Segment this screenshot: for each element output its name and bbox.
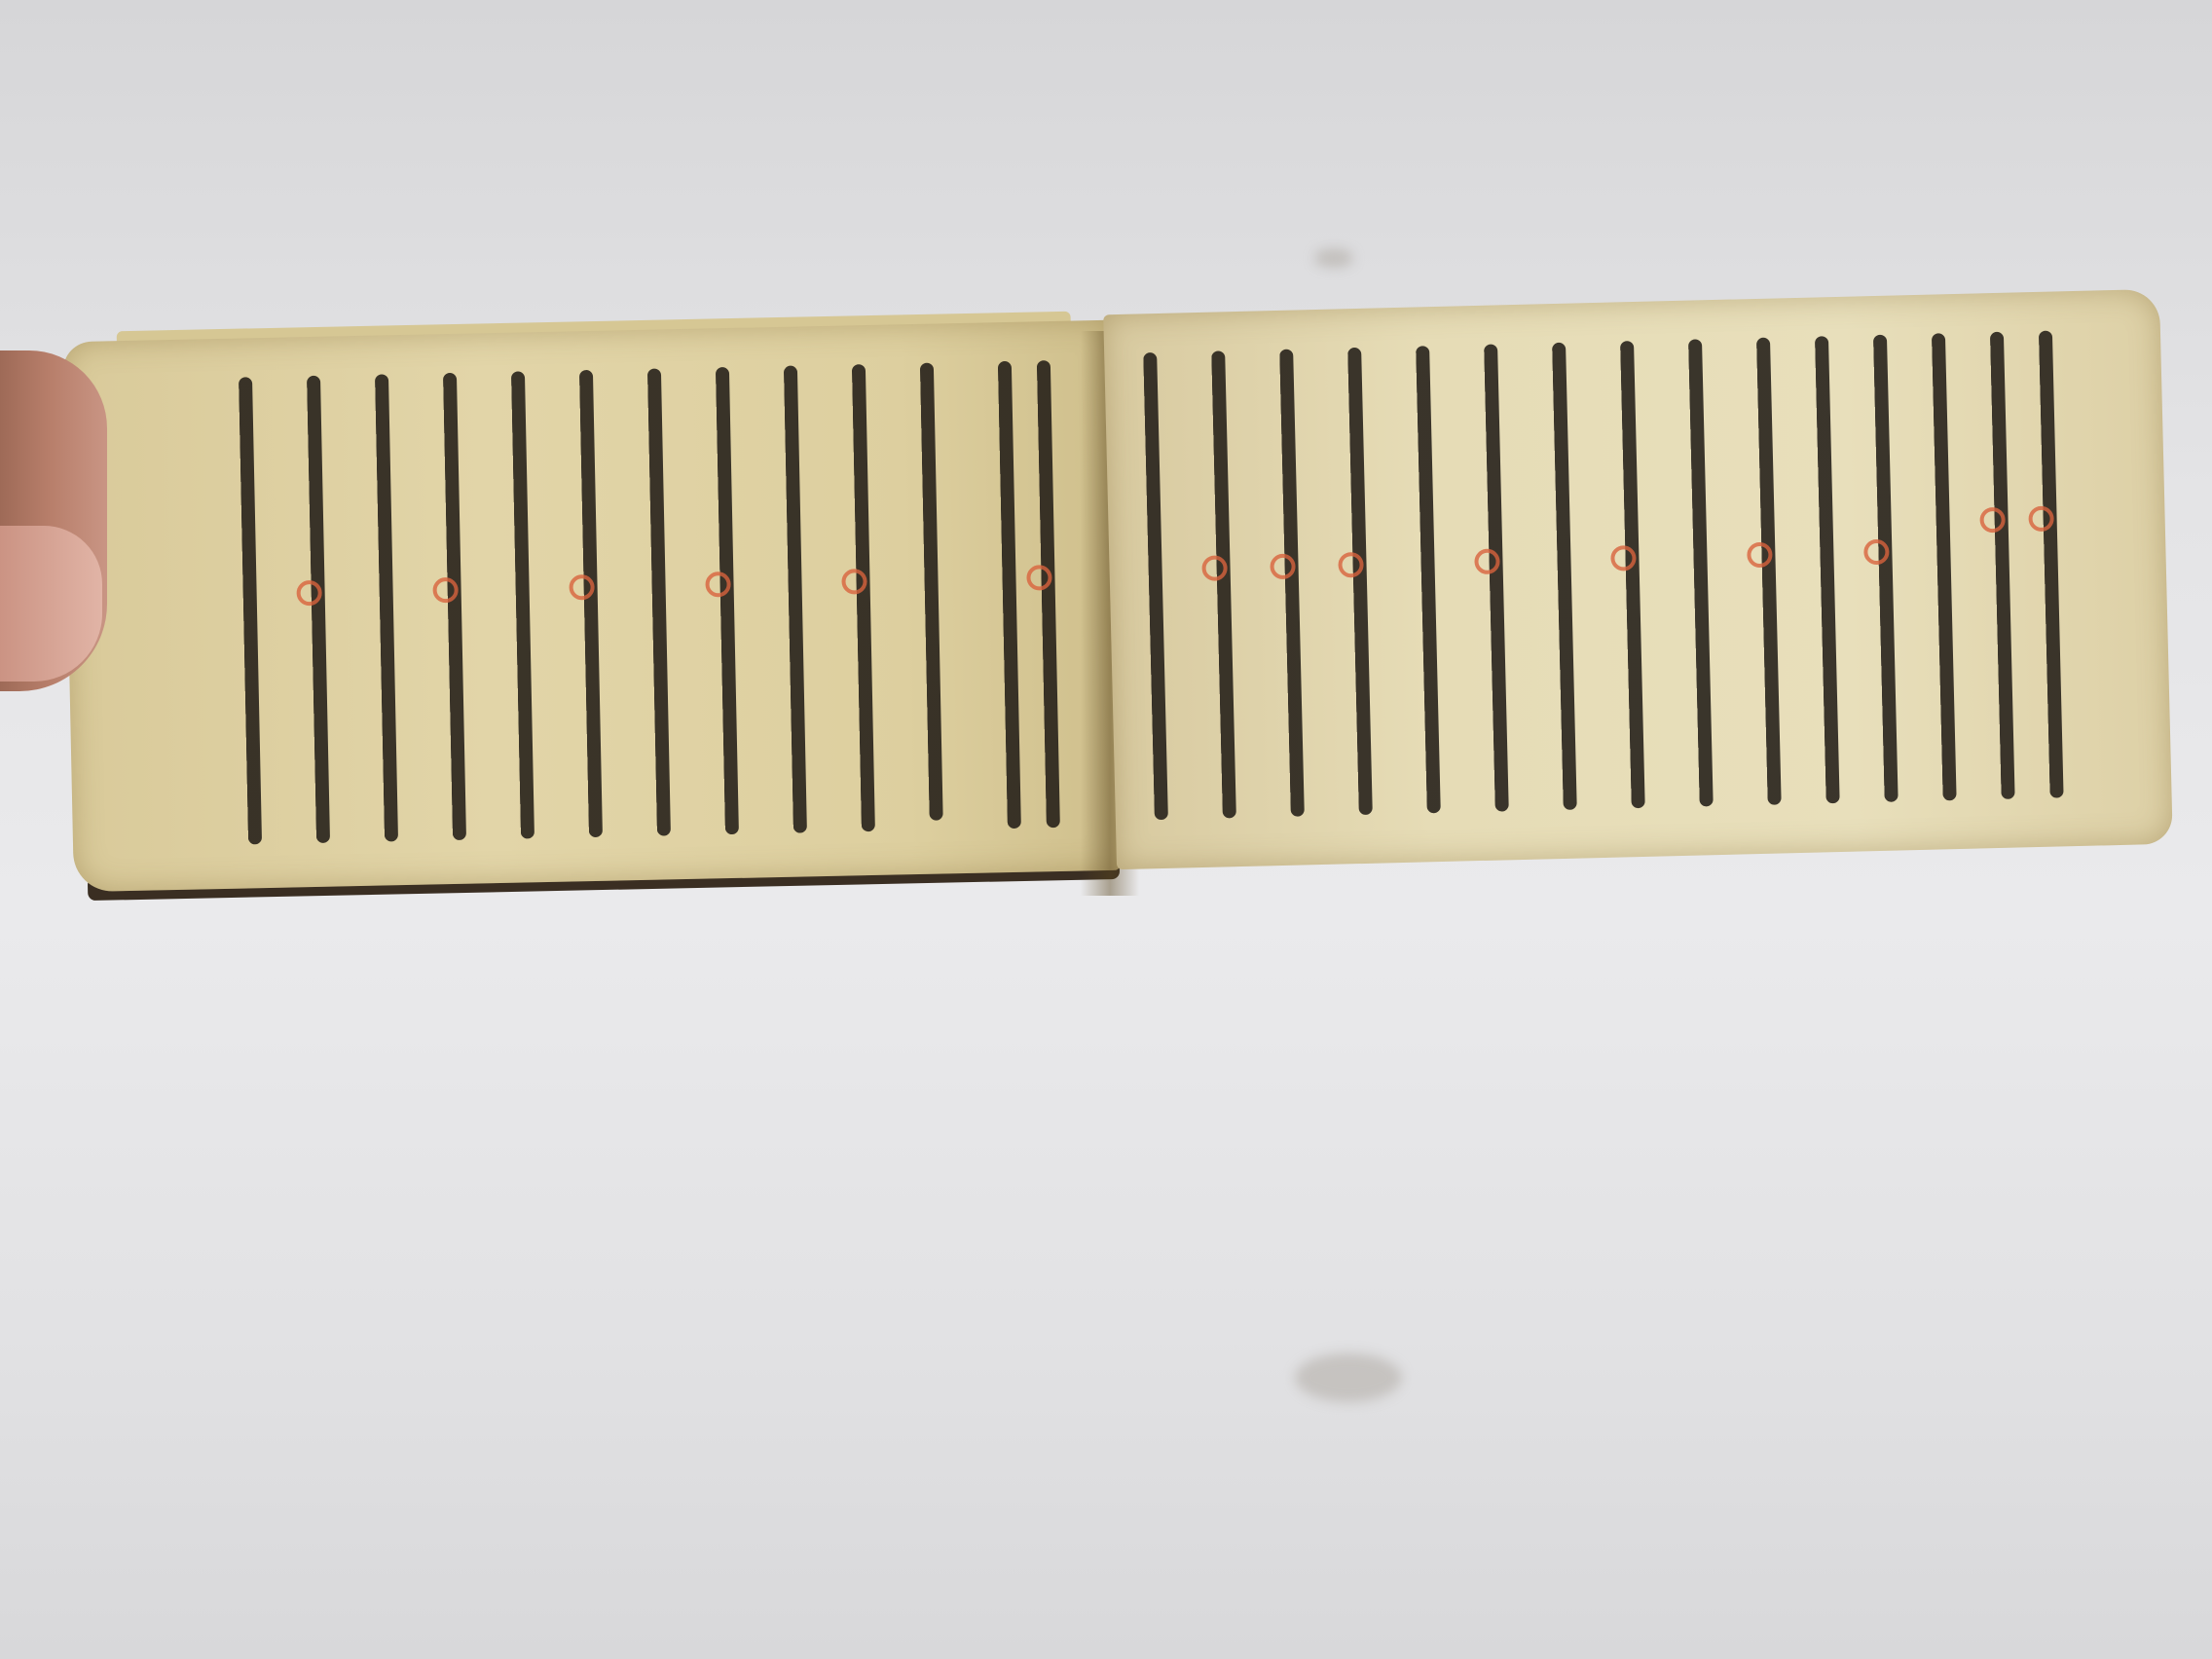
text-line bbox=[920, 363, 943, 821]
text-line bbox=[1416, 346, 1441, 813]
text-line bbox=[1347, 348, 1373, 815]
right-page bbox=[1103, 289, 2173, 869]
text-line bbox=[1620, 341, 1645, 808]
left-page bbox=[62, 320, 1121, 892]
text-line bbox=[716, 367, 739, 834]
text-line bbox=[1756, 338, 1782, 805]
text-line bbox=[1815, 336, 1840, 803]
text-line bbox=[1484, 344, 1509, 811]
text-line bbox=[1279, 350, 1305, 817]
text-line bbox=[852, 364, 875, 831]
text-line bbox=[375, 374, 398, 841]
text-line bbox=[579, 370, 603, 837]
text-line bbox=[1211, 350, 1236, 818]
text-line bbox=[998, 361, 1021, 829]
text-line bbox=[307, 376, 330, 843]
text-line bbox=[511, 371, 535, 838]
text-line bbox=[1688, 339, 1714, 806]
text-line bbox=[443, 373, 466, 840]
text-line bbox=[1990, 332, 2015, 799]
text-line bbox=[784, 366, 807, 833]
text-line bbox=[1143, 352, 1168, 820]
text-line bbox=[647, 368, 671, 835]
photo-scene: Photograph of a small, open Arabic manus… bbox=[0, 0, 2212, 1659]
text-line bbox=[2039, 331, 2064, 798]
text-line bbox=[1873, 335, 1899, 802]
text-line bbox=[239, 377, 262, 844]
text-line bbox=[1037, 360, 1060, 828]
text-line bbox=[1552, 343, 1577, 810]
text-line bbox=[1932, 333, 1957, 800]
manuscript-book bbox=[0, 0, 2212, 1659]
